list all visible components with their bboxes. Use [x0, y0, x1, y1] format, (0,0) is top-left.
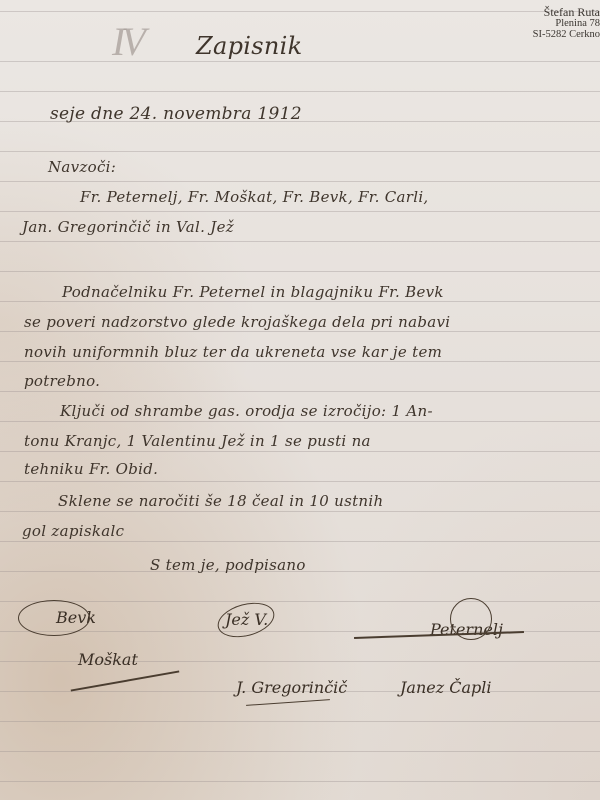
signature-text: Moškat	[78, 650, 138, 669]
date-line: seje dne 24. novembra 1912	[50, 104, 302, 124]
paragraph-2-line: Ključi od shrambe gas. orodja se izročij…	[60, 402, 433, 420]
signature-bevk: Bevk	[56, 608, 96, 627]
closing-line: S tem je, podpisano	[150, 556, 306, 574]
attendance-line-1: Fr. Peternelj, Fr. Moškat, Fr. Bevk, Fr.…	[80, 188, 429, 206]
paragraph-2-line: tehniku Fr. Obid.	[24, 460, 158, 478]
stamp-address: Plenina 78	[520, 18, 600, 29]
document-page: Štefan Ruta Plenina 78 SI-5282 Cerkno IV…	[0, 0, 600, 800]
stamp-city: SI-5282 Cerkno	[520, 29, 600, 40]
paragraph-1-line: Podnačelniku Fr. Peternel in blagajniku …	[62, 283, 444, 301]
paragraph-2-line: tonu Kranjc, 1 Valentinu Jež in 1 se pus…	[24, 432, 371, 450]
paragraph-3-line: Sklene se naročiti še 18 čeal in 10 ustn…	[58, 492, 383, 510]
attendance-line-2: Jan. Gregorinčič in Val. Jež	[22, 218, 234, 236]
owner-stamp: Štefan Ruta Plenina 78 SI-5282 Cerkno	[520, 6, 600, 40]
stamp-name: Štefan Ruta	[520, 6, 600, 18]
page-number: IV	[112, 18, 142, 65]
attendance-heading: Navzoči:	[48, 158, 116, 176]
signature-jez: Jež V.	[225, 610, 268, 629]
signature-flourish-icon	[18, 600, 90, 636]
signature-right: Peternelj	[430, 620, 503, 639]
paragraph-1-line: novih uniformnih bluz ter da ukreneta vs…	[24, 343, 442, 361]
paragraph-1-line: se poveri nadzorstvo glede krojaškega de…	[24, 313, 450, 331]
signature-gregorincic: J. Gregorinčič	[236, 678, 347, 697]
signature-janez: Janez Čapli	[400, 678, 492, 697]
signature-text: Janez Čapli	[400, 678, 492, 697]
paragraph-1-line: potrebno.	[24, 372, 100, 390]
document-title: Zapisnik	[196, 32, 302, 60]
signature-flourish-icon	[450, 598, 492, 640]
signature-moskat: Moškat	[78, 650, 138, 669]
signature-text: J. Gregorinčič	[236, 678, 347, 697]
paragraph-3-line: gol zapiskalc	[22, 522, 124, 540]
